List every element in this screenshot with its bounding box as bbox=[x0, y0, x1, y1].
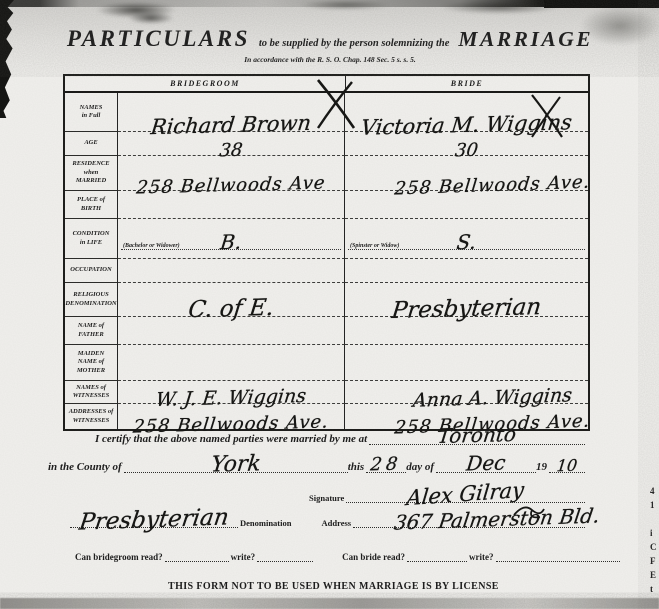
row-label: ADDRESSES of WITNESSES bbox=[65, 404, 118, 429]
day-value: 28 bbox=[365, 453, 407, 475]
certify-text: I certify that the above named parties w… bbox=[95, 433, 369, 445]
marriage-certificate-scan: 4 1 i C F E t PARTICULARS to be supplied… bbox=[0, 0, 659, 609]
signature-rule: Alex Gilray bbox=[346, 498, 585, 503]
bride-column-header: BRIDE bbox=[346, 76, 588, 91]
table-row-religion: RELIGIOUS DENOMINATION C. of E. Presbyte… bbox=[65, 283, 588, 317]
table-row-mother: MAIDEN NAME of MOTHER bbox=[65, 345, 588, 381]
literacy-line: Can bridegroom read? write? Can bride re… bbox=[73, 552, 620, 562]
scan-smudge bbox=[128, 12, 174, 24]
row-label: NAME of FATHER bbox=[65, 317, 118, 345]
row-label: PLACE of BIRTH bbox=[65, 191, 118, 219]
year-prefix: 19 bbox=[536, 461, 549, 473]
month-value: Dec bbox=[435, 450, 538, 477]
row-label: NAMES in Full bbox=[65, 93, 118, 132]
scan-top-right-bar bbox=[544, 0, 659, 8]
bride-write-label: write? bbox=[467, 552, 496, 562]
bride-witness-entry: Anna A. Wiggins bbox=[345, 381, 588, 404]
bride-mother-entry bbox=[345, 345, 588, 381]
year-value: 10 bbox=[548, 455, 586, 475]
bride-condition-entry: (Spinster or Widow) S. bbox=[345, 219, 588, 259]
bride-occupation-entry bbox=[345, 259, 588, 283]
county-date-line: in the County of York this 28 day of Dec… bbox=[48, 461, 585, 473]
row-label: CONDITION in LIFE bbox=[65, 219, 118, 259]
bridegroom-mother-entry bbox=[118, 345, 345, 381]
bride-read-label: Can bride read? bbox=[340, 552, 407, 562]
married-at-value: Toronto bbox=[368, 420, 586, 450]
signature-label: Signature bbox=[307, 493, 346, 503]
address-rule: 367 Palmerston Bld. bbox=[353, 523, 585, 528]
x-mark-bride-name bbox=[527, 92, 567, 140]
denomination-label: Denomination bbox=[238, 518, 293, 528]
address-label: Address bbox=[319, 518, 353, 528]
bridegroom-witness-entry: W. J. E. Wiggins bbox=[118, 381, 345, 404]
table-row-occupation: OCCUPATION bbox=[65, 259, 588, 283]
bridegroom-name-entry: Richard Brown bbox=[118, 93, 345, 132]
row-label: MAIDEN NAME of MOTHER bbox=[65, 345, 118, 381]
row-label: NAMES of WITNESSES bbox=[65, 381, 118, 404]
license-notice: THIS FORM NOT TO BE USED WHEN MARRIAGE I… bbox=[168, 581, 499, 592]
title-particulars: PARTICULARS bbox=[67, 26, 250, 52]
title-marriage: MARRIAGE bbox=[458, 27, 593, 52]
scan-bottom-band bbox=[0, 598, 659, 609]
day-of-label: day of bbox=[406, 461, 436, 473]
scan-smudge bbox=[440, 0, 560, 14]
denomination-address-line: Presbyterian Denomination Address 367 Pa… bbox=[70, 518, 585, 528]
month-line: Dec bbox=[436, 468, 536, 473]
this-label: this bbox=[348, 461, 367, 473]
bridegroom-occupation-entry bbox=[118, 259, 345, 283]
bridegroom-read-rule bbox=[165, 557, 229, 562]
table-row-witness-names: NAMES of WITNESSES W. J. E. Wiggins Anna… bbox=[65, 381, 588, 404]
bridegroom-condition-entry: (Bachelor or Widower) B. bbox=[118, 219, 345, 259]
x-mark-bridegroom-name bbox=[312, 76, 360, 132]
signature-flourish bbox=[512, 501, 546, 521]
bride-religion-entry: Presbyterian bbox=[345, 283, 588, 317]
married-at-line: Toronto bbox=[369, 440, 585, 445]
bridegroom-religion-entry: C. of E. bbox=[118, 283, 345, 317]
bridegroom-column-header: BRIDEGROOM bbox=[65, 76, 346, 91]
denomination-value: Presbyterian bbox=[68, 504, 240, 536]
row-label: AGE bbox=[65, 132, 118, 156]
day-line: 28 bbox=[366, 468, 406, 473]
scan-edge-text-fragments: 4 1 i C F E t bbox=[650, 484, 659, 596]
county-line: York bbox=[124, 468, 348, 473]
row-label: RESIDENCE when MARRIED bbox=[65, 156, 118, 191]
row-label: RELIGIOUS DENOMINATION bbox=[65, 283, 118, 317]
bride-read-rule bbox=[407, 557, 467, 562]
bridegroom-write-label: write? bbox=[229, 552, 258, 562]
document-title: PARTICULARS to be supplied by the person… bbox=[60, 26, 600, 52]
county-label: in the County of bbox=[48, 461, 124, 473]
bride-write-rule bbox=[496, 557, 620, 562]
scan-smudge bbox=[300, 0, 390, 10]
county-value: York bbox=[122, 449, 349, 480]
bridegroom-read-label: Can bridegroom read? bbox=[73, 552, 165, 562]
denomination-rule: Presbyterian bbox=[70, 523, 238, 528]
row-label: OCCUPATION bbox=[65, 259, 118, 283]
bridegroom-write-rule bbox=[257, 557, 313, 562]
certify-line: I certify that the above named parties w… bbox=[95, 433, 585, 445]
statute-reference: In accordance with the R. S. O. Chap. 14… bbox=[60, 55, 600, 64]
table-row-condition: CONDITION in LIFE (Bachelor or Widower) … bbox=[65, 219, 588, 259]
year-line: 10 bbox=[549, 468, 585, 473]
title-middle-text: to be supplied by the person solemnizing… bbox=[259, 38, 449, 49]
